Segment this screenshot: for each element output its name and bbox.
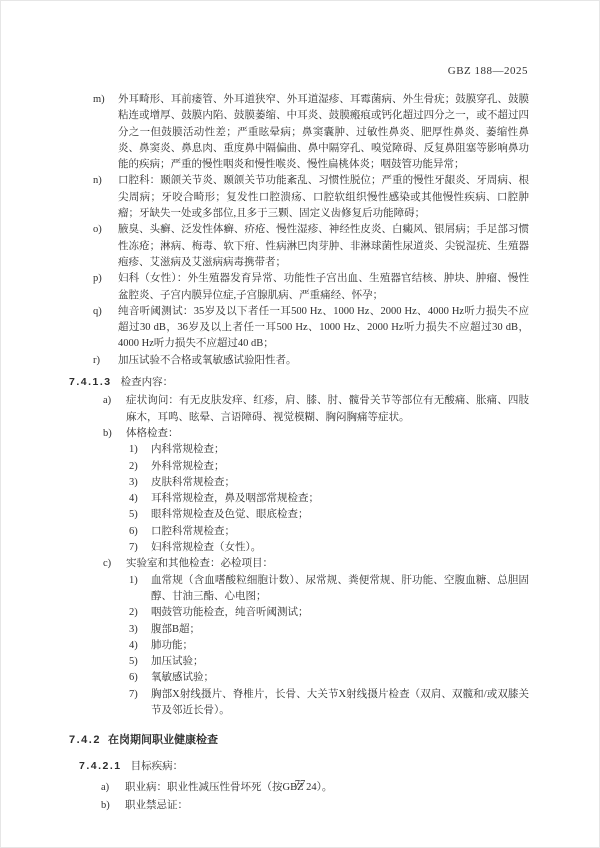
item-text: 眼科常规检查及色觉、眼底检查； [151, 507, 529, 523]
item-marker: c) [103, 556, 126, 572]
item-text: 皮肤科常规检查； [151, 475, 529, 491]
sub-item: 4) 耳科常规检查，鼻及咽部常规检查； [129, 491, 529, 507]
item-text: 氧敏感试验； [151, 670, 529, 686]
item-text: 腋臭、头癣、泛发性体癣、疥疮、慢性湿疹、神经性皮炎、白癜风、银屑病；手足部习惯性… [118, 222, 529, 271]
item-marker: a) [103, 393, 126, 426]
item-marker: b) [101, 797, 125, 815]
item-text: 加压试验； [151, 654, 529, 670]
item-marker: m) [93, 92, 118, 173]
sub-item: 7) 胸部X射线摄片、脊椎片，长骨、大关节X射线摄片检查（双肩、双髋和/或双膝关… [129, 687, 529, 720]
item-text: 耳科常规检查，鼻及咽部常规检查； [151, 491, 529, 507]
clause-title: 目标疾病： [131, 761, 184, 772]
list-item-b-physical-exam: b) 体格检查： [103, 426, 529, 442]
sub-item: 7) 妇科常规检查（女性）。 [129, 540, 529, 556]
item-text: 体格检查： [126, 426, 529, 442]
section-title: 在岗期间职业健康检查 [108, 734, 218, 746]
document-header: GBZ 188—2025 [448, 65, 528, 77]
item-marker: o) [93, 222, 118, 271]
list-item-p: p) 妇科（女性）：外生殖器发育异常、功能性子宫出血、生殖器官结核、肿块、肿瘤、… [93, 271, 529, 304]
item-text: 口腔科常规检查； [151, 524, 529, 540]
clause-title: 检查内容： [121, 377, 174, 388]
item-marker: 4) [129, 638, 151, 654]
item-text: 血常规（含血嗜酸粒细胞计数）、尿常规、粪便常规、肝功能、空腹血糖、总胆固醇、甘油… [151, 573, 529, 606]
sub-item: 3) 皮肤科常规检查； [129, 475, 529, 491]
clause-7-4-2-1: 7.4.2.1目标疾病： [79, 758, 529, 775]
list-item-q: q) 纯音听阈测试：35岁及以下者任一耳500 Hz、1000 Hz、2000 … [93, 304, 529, 353]
section-heading-7-4-2: 7.4.2在岗期间职业健康检查 [69, 732, 529, 748]
sub-item: 1) 内科常规检查； [129, 442, 529, 458]
list-item-c-lab-exam: c) 实验室和其他检查：必检项目： [103, 556, 529, 572]
sub-item: 2) 咽鼓管功能检查，纯音听阈测试； [129, 605, 529, 621]
item-text: 妇科（女性）：外生殖器发育异常、功能性子宫出血、生殖器官结核、肿块、肿瘤、慢性盆… [118, 271, 529, 304]
list-item-o: o) 腋臭、头癣、泛发性体癣、疥疮、慢性湿疹、神经性皮炎、白癜风、银屑病；手足部… [93, 222, 529, 271]
doc-code: GBZ 188—2025 [448, 65, 528, 77]
item-text: 腹部B超； [151, 622, 529, 638]
item-marker: 3) [129, 475, 151, 491]
item-text: 职业禁忌证： [125, 797, 529, 815]
item-text: 加压试验不合格或氧敏感试验阳性者。 [118, 353, 529, 369]
item-text: 肺功能； [151, 638, 529, 654]
item-text: 内科常规检查； [151, 442, 529, 458]
list-item-b-contraindications: b) 职业禁忌证： [101, 797, 529, 815]
clause-number: 7.4.2.1 [79, 760, 122, 772]
item-text: 实验室和其他检查：必检项目： [126, 556, 529, 572]
list-item-r: r) 加压试验不合格或氧敏感试验阳性者。 [93, 353, 529, 369]
item-marker: 6) [129, 670, 151, 686]
document-page: GBZ 188—2025 m) 外耳畸形、耳前瘘管、外耳道狭窄、外耳道湿疹、耳霉… [0, 0, 600, 848]
item-marker: 5) [129, 507, 151, 523]
item-marker: 2) [129, 459, 151, 475]
item-marker: p) [93, 271, 118, 304]
item-text: 症状询问：有无皮肤发痒、红疹，肩、膝、肘、髋骨关节等部位有无酸痛、胀痛、四肢麻木… [126, 393, 529, 426]
sub-item: 6) 口腔科常规检查； [129, 524, 529, 540]
item-marker: 4) [129, 491, 151, 507]
item-text: 纯音听阈测试：35岁及以下者任一耳500 Hz、1000 Hz、2000 Hz、… [118, 304, 529, 353]
item-text: 外科常规检查； [151, 459, 529, 475]
sub-item: 4) 肺功能； [129, 638, 529, 654]
list-item-n: n) 口腔科：颞颌关节炎、颞颌关节功能紊乱、习惯性脱位；严重的慢性牙龈炎、牙周病… [93, 173, 529, 222]
item-text: 妇科常规检查（女性）。 [151, 540, 529, 556]
item-marker: 5) [129, 654, 151, 670]
page-number: 77 [295, 779, 306, 790]
clause-7-4-1-3: 7.4.1.3检查内容： [69, 374, 529, 391]
item-marker: 3) [129, 622, 151, 638]
item-marker: 1) [129, 573, 151, 606]
item-marker: 6) [129, 524, 151, 540]
sub-item: 6) 氧敏感试验； [129, 670, 529, 686]
sub-item: 5) 加压试验； [129, 654, 529, 670]
sub-item: 5) 眼科常规检查及色觉、眼底检查； [129, 507, 529, 523]
item-text: 胸部X射线摄片、脊椎片，长骨、大关节X射线摄片检查（双肩、双髋和/或双膝关节及邻… [151, 687, 529, 720]
sub-item: 2) 外科常规检查； [129, 459, 529, 475]
item-marker: r) [93, 353, 118, 369]
list-item-m: m) 外耳畸形、耳前瘘管、外耳道狭窄、外耳道湿疹、耳霉菌病、外生骨疣；鼓膜穿孔、… [93, 92, 529, 173]
item-marker: 1) [129, 442, 151, 458]
sub-item: 3) 腹部B超； [129, 622, 529, 638]
item-marker: b) [103, 426, 126, 442]
clause-number: 7.4.1.3 [69, 376, 112, 388]
document-body: m) 外耳畸形、耳前瘘管、外耳道狭窄、外耳道湿疹、耳霉菌病、外生骨疣；鼓膜穿孔、… [69, 92, 529, 815]
section-number: 7.4.2 [69, 734, 101, 746]
item-marker: 2) [129, 605, 151, 621]
item-marker: n) [93, 173, 118, 222]
page-footer: 77 [1, 779, 599, 790]
item-text: 咽鼓管功能检查，纯音听阈测试； [151, 605, 529, 621]
item-marker: 7) [129, 540, 151, 556]
list-item-a-symptoms: a) 症状询问：有无皮肤发痒、红疹，肩、膝、肘、髋骨关节等部位有无酸痛、胀痛、四… [103, 393, 529, 426]
item-text: 外耳畸形、耳前瘘管、外耳道狭窄、外耳道湿疹、耳霉菌病、外生骨疣；鼓膜穿孔、鼓膜粘… [118, 92, 529, 173]
item-marker: q) [93, 304, 118, 353]
sub-item: 1) 血常规（含血嗜酸粒细胞计数）、尿常规、粪便常规、肝功能、空腹血糖、总胆固醇… [129, 573, 529, 606]
item-text: 口腔科：颞颌关节炎、颞颌关节功能紊乱、习惯性脱位；严重的慢性牙龈炎、牙周病、根尖… [118, 173, 529, 222]
item-marker: 7) [129, 687, 151, 720]
